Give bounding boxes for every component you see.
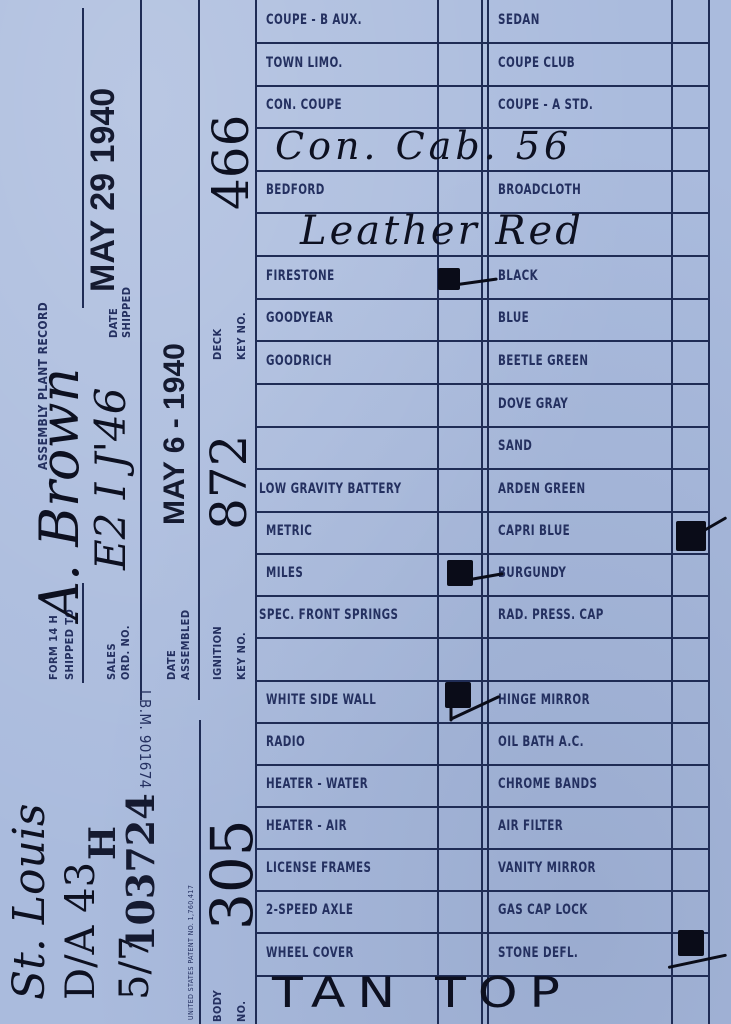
checkbox-cell-left[interactable]	[439, 44, 481, 85]
ignition-key-label: IGNITION	[212, 626, 223, 680]
option-label-left: LICENSE FRAMES	[266, 860, 371, 876]
checkbox-cell-left[interactable]	[439, 724, 481, 764]
grid-row-line	[255, 170, 710, 172]
grid-row-line	[255, 468, 710, 470]
sales-order-number: E2 I J'46	[86, 388, 135, 571]
grid-row-line	[255, 426, 710, 428]
option-label-left: MILES	[266, 565, 303, 581]
serial-number: 103724	[118, 793, 163, 952]
handwritten-body-type: Con. Cab. 56	[275, 124, 572, 168]
grid-row-line	[255, 848, 710, 850]
option-label-left: LOW GRAVITY BATTERY	[259, 481, 402, 497]
option-label-right: CHROME BANDS	[498, 776, 597, 792]
checkbox-cell-left[interactable]	[439, 300, 481, 340]
grid-row-line	[255, 383, 710, 385]
checkbox-cell-left[interactable]	[439, 808, 481, 848]
grid-row-line	[255, 637, 710, 639]
option-label-right: SAND	[498, 438, 532, 454]
ignition-key-value: 872	[200, 435, 258, 530]
checkbox-cell-left[interactable]	[439, 513, 481, 553]
checkbox-cell-right[interactable]	[673, 257, 708, 298]
checkbox-cell-right[interactable]	[673, 44, 708, 85]
checkbox-cell-left[interactable]	[439, 597, 481, 637]
grid-row-line	[255, 764, 710, 766]
body-no-label: BODY	[212, 990, 223, 1022]
grid-row-line	[255, 932, 710, 934]
assembly-plant-record-card: COUPE - B AUX.SEDANTOWN LIMO.COUPE CLUBC…	[0, 0, 731, 1024]
grid-row-line	[255, 298, 710, 300]
deck-key-value: 466	[202, 115, 260, 210]
checkbox-cell-right[interactable]	[673, 300, 708, 340]
grid-row-line	[255, 511, 710, 513]
grid-row-line	[255, 722, 710, 724]
checkbox-cell-left[interactable]	[439, 385, 481, 426]
option-label-left: TOWN LIMO.	[266, 55, 343, 71]
option-label-right: BLUE	[498, 310, 529, 326]
option-label-left: CON. COUPE	[266, 97, 342, 113]
checkbox-cell-right[interactable]	[673, 766, 708, 806]
option-label-left: SPEC. FRONT SPRINGS	[259, 607, 398, 623]
checkbox-cell-right[interactable]	[673, 385, 708, 426]
checkbox-cell-left[interactable]	[439, 172, 481, 212]
checkbox-cell-right[interactable]	[673, 850, 708, 890]
option-label-left: COUPE - B AUX.	[266, 12, 362, 28]
option-label-left: GOODRICH	[266, 353, 332, 369]
checkbox-cell-left[interactable]	[439, 2, 481, 42]
signature: A. Brown	[28, 368, 91, 620]
option-label-right: VANITY MIRROR	[498, 860, 596, 876]
strip-divider	[140, 0, 142, 700]
checkbox-cell-right[interactable]	[673, 555, 708, 595]
date-assembled-label-2: ASSEMBLED	[180, 610, 191, 680]
grid-row-line	[255, 806, 710, 808]
option-label-right: OIL BATH A.C.	[498, 734, 584, 750]
grid-row-line	[255, 553, 710, 555]
strip-divider	[198, 0, 200, 700]
dealer-note: D/A 43	[58, 862, 104, 1000]
option-label-left: WHEEL COVER	[266, 945, 354, 961]
handwritten-top: TAN TOP	[272, 968, 572, 1017]
date-shipped-label: DATE	[108, 308, 119, 338]
check-mark-stone-defl[interactable]	[678, 930, 704, 956]
option-label-left: HEATER - WATER	[266, 776, 368, 792]
checkbox-cell-right[interactable]	[673, 892, 708, 932]
sales-ord-label: SALES	[106, 643, 117, 680]
checkbox-cell-right[interactable]	[673, 342, 708, 383]
option-label-left: GOODYEAR	[266, 310, 334, 326]
checkbox-cell-left[interactable]	[439, 892, 481, 932]
patent-notice: UNITED STATES PATENT NO. 1,760,417	[186, 885, 197, 1020]
checkbox-cell-left[interactable]	[439, 342, 481, 383]
option-label-left: 2-SPEED AXLE	[266, 902, 353, 918]
option-label-right: COUPE - A STD.	[498, 97, 593, 113]
date-shipped-value: MAY 29 1940	[84, 88, 123, 292]
check-mark-tail	[450, 706, 453, 722]
date-assembled-label: DATE	[166, 650, 177, 680]
checkbox-cell-left[interactable]	[439, 87, 481, 127]
grid-row-line	[255, 595, 710, 597]
checkbox-cell-right[interactable]	[673, 428, 708, 468]
date-shipped-label-2: SHIPPED	[121, 287, 132, 338]
checkbox-cell-right[interactable]	[673, 639, 708, 680]
option-label-right: AIR FILTER	[498, 818, 563, 834]
grid-row-line	[255, 680, 710, 682]
body-no-label-2: NO.	[236, 1001, 247, 1022]
checkbox-cell-right[interactable]	[673, 724, 708, 764]
option-label-right: BROADCLOTH	[498, 182, 581, 198]
handwritten-upholstery: Leather Red	[300, 208, 584, 254]
check-mark-firestone[interactable]	[438, 268, 460, 290]
option-label-right: BURGUNDY	[498, 565, 566, 581]
option-label-right: SEDAN	[498, 12, 540, 28]
grid-row-line	[255, 340, 710, 342]
deck-key-label-2: KEY NO.	[236, 312, 247, 360]
form-number-label: FORM 14 H	[48, 615, 59, 680]
option-label-right: RAD. PRESS. CAP	[498, 607, 604, 623]
option-label-right: ARDEN GREEN	[498, 481, 586, 497]
checkbox-cell-left[interactable]	[439, 470, 481, 511]
checkbox-cell-right[interactable]	[673, 172, 708, 212]
checkbox-cell-right[interactable]	[673, 682, 708, 722]
deck-key-label: DECK	[212, 328, 223, 360]
check-mark-capri-blue[interactable]	[676, 521, 706, 551]
body-no-value: 305	[198, 819, 266, 930]
option-label-right: CAPRI BLUE	[498, 523, 570, 539]
option-label-right: DOVE GRAY	[498, 396, 568, 412]
option-label-right: STONE DEFL.	[498, 945, 578, 961]
check-mark-miles[interactable]	[447, 560, 473, 586]
checkbox-cell-left[interactable]	[439, 428, 481, 468]
option-label-right: BLACK	[498, 268, 538, 284]
grid-row-line	[255, 85, 710, 87]
option-label-left: FIRESTONE	[266, 268, 335, 284]
ibm-number: I.B.M. 901674	[139, 690, 150, 789]
sales-ord-label-2: ORD. NO.	[120, 625, 131, 680]
checkbox-cell-left[interactable]	[439, 639, 481, 680]
option-label-left: RADIO	[266, 734, 305, 750]
dealer-location: St. Louis	[4, 804, 55, 1001]
option-label-right: BEETLE GREEN	[498, 353, 588, 369]
check-mark-white-side-wall[interactable]	[445, 682, 471, 708]
option-label-left: METRIC	[266, 523, 312, 539]
option-label-right: GAS CAP LOCK	[498, 902, 588, 918]
ignition-key-label-2: KEY NO.	[236, 632, 247, 680]
checkbox-cell-left[interactable]	[439, 850, 481, 890]
grid-row-line	[255, 890, 710, 892]
checkbox-cell-right[interactable]	[673, 470, 708, 511]
option-label-right: HINGE MIRROR	[498, 692, 590, 708]
option-label-left: BEDFORD	[266, 182, 325, 198]
option-label-left: WHITE SIDE WALL	[266, 692, 376, 708]
grid-row-line	[255, 255, 710, 257]
checkbox-cell-right[interactable]	[673, 2, 708, 42]
checkbox-cell-right[interactable]	[673, 808, 708, 848]
grid-row-line	[255, 42, 710, 44]
checkbox-cell-right[interactable]	[673, 87, 708, 127]
checkbox-cell-right[interactable]	[673, 597, 708, 637]
date-assembled-value: MAY 6 - 1940	[158, 343, 192, 525]
option-label-right: COUPE CLUB	[498, 55, 575, 71]
checkbox-cell-left[interactable]	[439, 766, 481, 806]
option-label-left: HEATER - AIR	[266, 818, 347, 834]
